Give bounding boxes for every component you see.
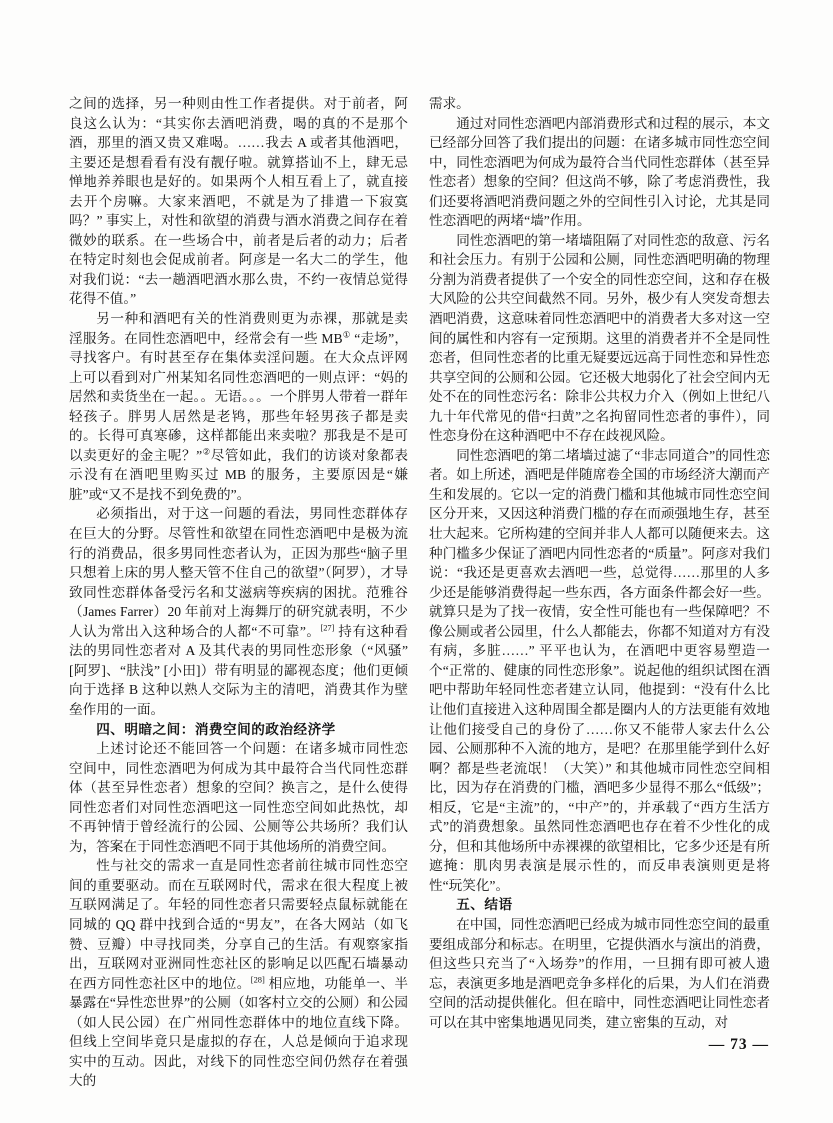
footnote-marker: [28]	[251, 974, 265, 984]
footnote-marker: ②	[202, 446, 211, 456]
document-page: 之间的选择，另一种则由性工作者提供。对于前者，阿良这么认为：“其实你去酒吧消费，…	[0, 0, 833, 1123]
paragraph: 另一种和酒吧有关的性消费则更为赤裸，那就是卖淫服务。在同性恋酒吧中，经常会有一些…	[69, 309, 408, 504]
section-heading: 四、明暗之间：消费空间的政治经济学	[69, 720, 408, 740]
footnote-marker: [27]	[320, 622, 334, 632]
paragraph: 之间的选择，另一种则由性工作者提供。对于前者，阿良这么认为：“其实你去酒吧消费，…	[69, 94, 408, 309]
paragraph: 性与社交的需求一直是同性恋者前往城市同性恋空间的重要驱动。而在互联网时代，需求在…	[69, 856, 408, 1091]
paragraph: 在中国，同性恋酒吧已经成为城市同性恋空间的最重要组成部分和标志。在明里，它提供酒…	[429, 915, 770, 1032]
paragraph: 同性恋酒吧的第一堵墙阻隔了对同性恋的敌意、污名和社会压力。有别于公园和公厕，同性…	[429, 231, 770, 446]
left-column: 之间的选择，另一种则由性工作者提供。对于前者，阿良这么认为：“其实你去酒吧消费，…	[69, 94, 408, 1091]
paragraph: 同性恋酒吧的第二堵墙过滤了“非志同道合”的同性恋者。如上所述，酒吧是伴随席卷全国…	[429, 446, 770, 896]
paragraph: 上述讨论还不能回答一个问题：在诸多城市同性恋空间中，同性恋酒吧为何成为其中最符合…	[69, 739, 408, 856]
right-column: 需求。通过对同性恋酒吧内部消费形式和过程的展示，本文已经部分回答了我们提出的问题…	[429, 94, 770, 1032]
paragraph: 需求。	[429, 94, 770, 114]
page-number: — 73 —	[709, 1036, 769, 1054]
paragraph: 通过对同性恋酒吧内部消费形式和过程的展示，本文已经部分回答了我们提出的问题：在诸…	[429, 114, 770, 231]
paragraph: 必须指出，对于这一问题的看法，男同性恋群体存在巨大的分野。尽管性和欲望在同性恋酒…	[69, 504, 408, 719]
section-heading: 五、结语	[429, 895, 770, 915]
footnote-marker: ①	[343, 329, 351, 339]
